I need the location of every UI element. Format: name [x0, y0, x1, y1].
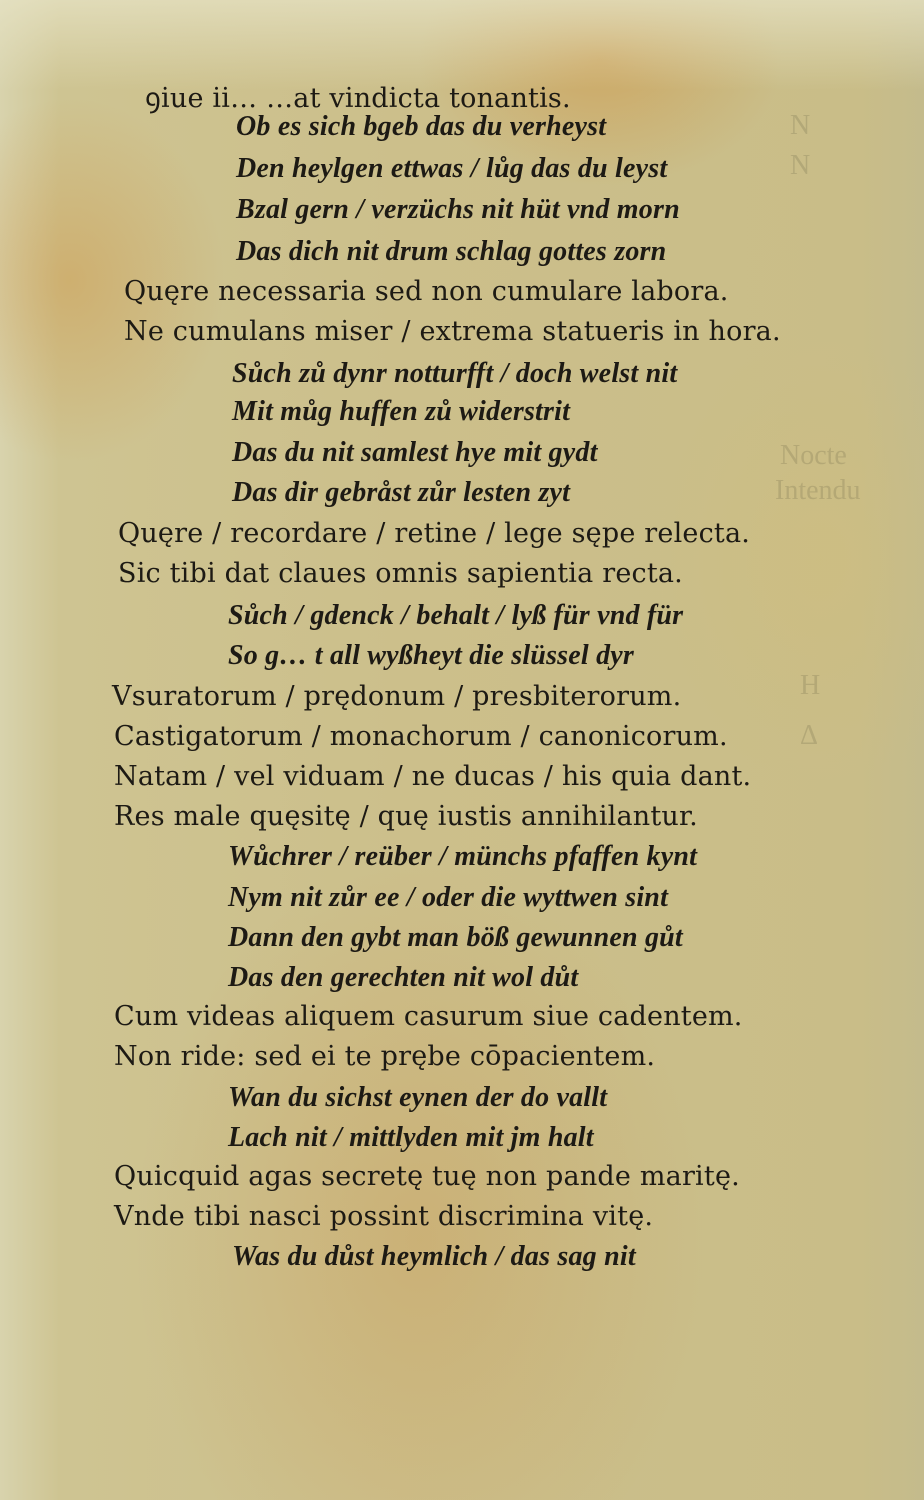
german-verse-line: Wan du sichst eynen der do vallt	[228, 1082, 607, 1114]
german-verse-line: So g… t all wyßheyt die slüssel dyr	[228, 640, 634, 672]
latin-verse-line: Non ride: sed ei te prębe cōpacientem.	[114, 1041, 655, 1072]
german-verse-line: Sůch zů dynr notturfft / doch welst nit	[232, 358, 677, 390]
bleed-through-glyph: H	[800, 670, 820, 702]
book-page: NNNocteIntenduHΔ ꝯiue ii… …at vindicta t…	[0, 0, 924, 1500]
german-verse-line: Dann den gybt man böß gewunnen gůt	[228, 922, 683, 954]
german-verse-line: Was du důst heymlich / das sag nit	[232, 1241, 636, 1273]
latin-verse-line: Ne cumulans miser / extrema statueris in…	[124, 316, 781, 347]
bleed-through-glyph: Intendu	[775, 475, 861, 507]
latin-verse-line: Vnde tibi nasci possint discrimina vitę.	[114, 1201, 653, 1232]
latin-verse-line: Quęre / recordare / retine / lege sępe r…	[118, 518, 750, 549]
german-verse-line: Das dich nit drum schlag gottes zorn	[236, 236, 666, 268]
latin-verse-line: Sic tibi dat claues omnis sapientia rect…	[118, 558, 683, 589]
bleed-through-glyph: N	[790, 150, 810, 182]
latin-verse-line: Castigatorum / monachorum / canonicorum.	[114, 721, 728, 752]
latin-verse-line: Vsuratorum / prędonum / presbiterorum.	[112, 681, 681, 712]
german-verse-line: Das du nit samlest hye mit gydt	[232, 437, 598, 469]
latin-verse-line: Quicquid agas secretę tuę non pande mari…	[114, 1161, 740, 1192]
latin-verse-line: Res male quęsitę / quę iustis annihilant…	[114, 801, 698, 832]
german-verse-line: Das den gerechten nit wol důt	[228, 962, 578, 994]
latin-verse-line: Quęre necessaria sed non cumulare labora…	[124, 276, 729, 307]
bleed-through-glyph: Nocte	[780, 440, 847, 472]
german-verse-line: Ob es sich bgeb das du verheyst	[236, 111, 606, 143]
bleed-through-glyph: N	[790, 110, 810, 142]
german-verse-line: Nym nit zůr ee / oder die wyttwen sint	[228, 882, 668, 914]
german-verse-line: Bzal gern / verzüchs nit hüt vnd morn	[236, 194, 680, 226]
german-verse-line: Mit můg huffen zů widerstrit	[232, 396, 570, 428]
german-verse-line: Den heylgen ettwas / lůg das du leyst	[236, 153, 667, 185]
german-verse-line: Sůch / gdenck / behalt / lyß für vnd für	[228, 600, 683, 632]
latin-verse-line: Natam / vel viduam / ne ducas / his quia…	[114, 761, 751, 792]
latin-verse-line: Cum videas aliquem casurum siue cadentem…	[114, 1001, 743, 1032]
bleed-through-glyph: Δ	[800, 720, 818, 752]
german-verse-line: Wůchrer / reüber / münchs pfaffen kynt	[228, 841, 697, 873]
german-verse-line: Das dir gebråst zůr lesten zyt	[232, 477, 570, 509]
latin-verse-line: ꝯiue ii… …at vindicta tonantis.	[145, 78, 571, 115]
german-verse-line: Lach nit / mittlyden mit jm halt	[228, 1122, 594, 1154]
